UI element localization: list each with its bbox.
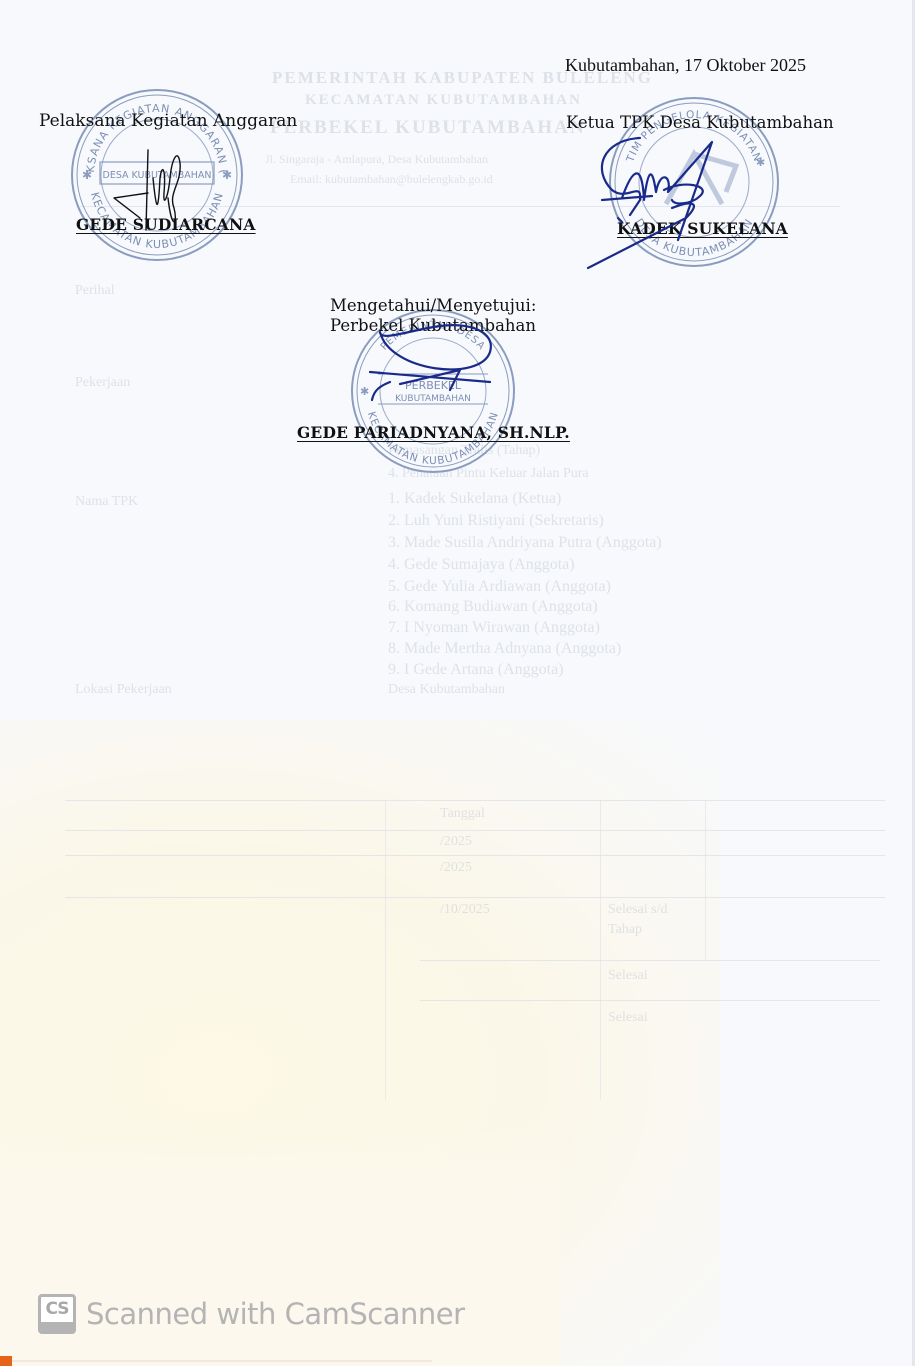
- ghost-table-line: [420, 1000, 880, 1001]
- ghost-member: 9. I Gede Artana (Anggota): [388, 661, 564, 679]
- ghost-table-cell: /2025: [440, 834, 472, 850]
- left-signature: [108, 138, 198, 238]
- ghost-location: Desa Kubutambahan: [388, 682, 505, 698]
- ghost-table-cell: Selesai: [608, 1010, 648, 1026]
- ghost-header-3: PERBEKEL KUBUTAMBAHAN: [270, 117, 586, 139]
- ghost-table-cell: /10/2025: [440, 902, 490, 918]
- ghost-member: 1. Kadek Sukelana (Ketua): [388, 490, 561, 508]
- ghost-member: 8. Made Mertha Adnyana (Anggota): [388, 640, 621, 658]
- ghost-address-1: Jl. Singaraja - Amlapura, Desa Kubutamba…: [265, 152, 488, 167]
- camscanner-logo-bar: [41, 1322, 73, 1331]
- ghost-label-lokasi: Lokasi Pekerjaan: [75, 682, 172, 698]
- center-signatory-name: GEDE PARIADNYANA, SH.NLP.: [297, 423, 570, 442]
- ghost-table-line: [420, 960, 880, 961]
- ghost-label-pekerjaan: Pekerjaan: [75, 375, 130, 391]
- ghost-table-vline: [705, 800, 706, 960]
- ghost-header-2: KECAMATAN KUBUTAMBAHAN: [305, 92, 582, 109]
- ghost-table-vline: [600, 800, 601, 1100]
- scan-edge-artifact: [0, 1356, 12, 1366]
- ghost-member: 7. I Nyoman Wirawan (Anggota): [388, 619, 600, 637]
- star-icon: ✱: [222, 168, 232, 182]
- ghost-address-2: Email: kubutambahan@bulelengkab.go.id: [290, 172, 493, 187]
- ghost-table-line: [65, 897, 885, 898]
- ghost-table-cell: Tahap: [608, 922, 642, 938]
- ghost-table-line: [65, 855, 885, 856]
- camscanner-logo-icon: CS: [38, 1294, 76, 1334]
- ghost-member: 3. Made Susila Andriyana Putra (Anggota): [388, 534, 662, 552]
- ghost-table-cell: Selesai s/d: [608, 902, 668, 918]
- camscanner-watermark: CS Scanned with CamScanner: [38, 1294, 465, 1334]
- ghost-member: 5. Gede Yulia Ardiawan (Anggota): [388, 578, 611, 596]
- ghost-label-tpk: Nama TPK: [75, 494, 138, 510]
- ghost-table-line: [65, 830, 885, 831]
- ghost-table-cell: /2025: [440, 860, 472, 876]
- watermark-text: Scanned with CamScanner: [86, 1297, 465, 1331]
- ghost-member: 2. Luh Yuni Ristiyani (Sekretaris): [388, 512, 604, 530]
- paper-bottom-edge: [12, 1360, 432, 1362]
- ghost-member: 4. Gede Sumajaya (Anggota): [388, 556, 575, 574]
- ghost-table-line: [65, 800, 885, 801]
- ghost-table-cell: Selesai: [608, 968, 648, 984]
- place-date: Kubutambahan, 17 Oktober 2025: [565, 55, 806, 76]
- center-signature: [360, 312, 520, 402]
- star-icon: ✱: [756, 156, 765, 169]
- right-signature: [582, 130, 732, 275]
- ghost-label-perihal: Perihal: [75, 283, 115, 299]
- camscanner-logo-text: CS: [45, 1299, 68, 1319]
- ghost-member: 6. Komang Budiawan (Anggota): [388, 598, 598, 616]
- left-signatory-role: Pelaksana Kegiatan Anggaran: [39, 111, 297, 131]
- star-icon: ✱: [82, 168, 92, 182]
- ghost-table-header: Tanggal: [440, 806, 485, 822]
- ghost-table-vline: [385, 800, 386, 1100]
